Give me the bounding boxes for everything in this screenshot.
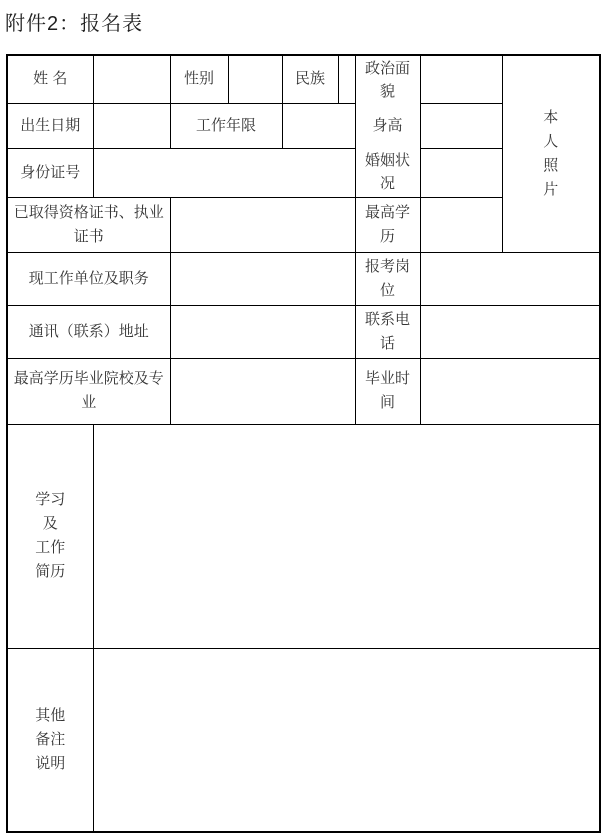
certificates-label: 已取得资格证书、执业证书 bbox=[7, 197, 170, 252]
certificates-value-cell[interactable] bbox=[170, 197, 355, 252]
phone-label: 联系电话 bbox=[355, 305, 420, 358]
attachment-title: 附件2：报名表 bbox=[5, 11, 612, 37]
gender-value-cell[interactable] bbox=[228, 55, 282, 103]
id-number-value-cell[interactable] bbox=[93, 148, 355, 197]
height-label: 身高 bbox=[360, 104, 416, 148]
graduation-time-value-cell[interactable] bbox=[420, 358, 600, 424]
political-status-value-cell[interactable] bbox=[420, 55, 502, 103]
graduation-time-label: 毕业时间 bbox=[355, 358, 420, 424]
marital-status-value-cell[interactable] bbox=[420, 148, 502, 197]
name-label: 姓 名 bbox=[7, 55, 93, 103]
school-major-value-cell[interactable] bbox=[170, 358, 355, 424]
right-label-group-cell: 政治面貌 身高 婚姻状况 bbox=[355, 55, 420, 197]
gender-label: 性别 bbox=[170, 55, 228, 103]
photo-placeholder-cell: 本 人 照 片 bbox=[502, 55, 600, 252]
applied-position-label: 报考岗位 bbox=[355, 252, 420, 305]
work-unit-value-cell[interactable] bbox=[170, 252, 355, 305]
marital-status-label-text: 婚姻状况 bbox=[360, 149, 416, 195]
remarks-label: 其他 备注 说明 bbox=[7, 648, 93, 832]
address-label: 通讯（联系）地址 bbox=[7, 305, 170, 358]
id-number-label: 身份证号 bbox=[7, 148, 93, 197]
school-major-label: 最高学历毕业院校及专业 bbox=[7, 358, 170, 424]
name-value-cell[interactable] bbox=[93, 55, 170, 103]
height-label-text: 身高 bbox=[360, 114, 416, 137]
registration-form-table: 姓 名 性别 民族 政治面貌 身高 婚姻状况 本 人 照 片 出生日期 工作年限… bbox=[6, 54, 601, 833]
applied-position-value-cell[interactable] bbox=[420, 252, 600, 305]
address-value-cell[interactable] bbox=[170, 305, 355, 358]
height-value-cell[interactable] bbox=[420, 103, 502, 148]
work-unit-label: 现工作单位及职务 bbox=[7, 252, 170, 305]
birth-date-label: 出生日期 bbox=[7, 103, 93, 148]
ethnicity-label: 民族 bbox=[282, 55, 338, 103]
work-years-label: 工作年限 bbox=[170, 103, 282, 148]
birth-date-value-cell[interactable] bbox=[93, 103, 170, 148]
work-years-value-cell[interactable] bbox=[282, 103, 355, 148]
political-status-label-text: 政治面貌 bbox=[360, 57, 416, 103]
political-status-label: 政治面貌 bbox=[360, 57, 416, 104]
right-label-stack: 政治面貌 身高 婚姻状况 bbox=[360, 57, 416, 196]
phone-value-cell[interactable] bbox=[420, 305, 600, 358]
remarks-value-cell[interactable] bbox=[93, 648, 600, 832]
resume-value-cell[interactable] bbox=[93, 424, 600, 648]
highest-education-label: 最高学历 bbox=[355, 197, 420, 252]
ethnicity-value-cell[interactable] bbox=[338, 55, 355, 103]
marital-status-label: 婚姻状况 bbox=[360, 148, 416, 196]
resume-label: 学习 及 工作 简历 bbox=[7, 424, 93, 648]
highest-education-value-cell[interactable] bbox=[420, 197, 502, 252]
